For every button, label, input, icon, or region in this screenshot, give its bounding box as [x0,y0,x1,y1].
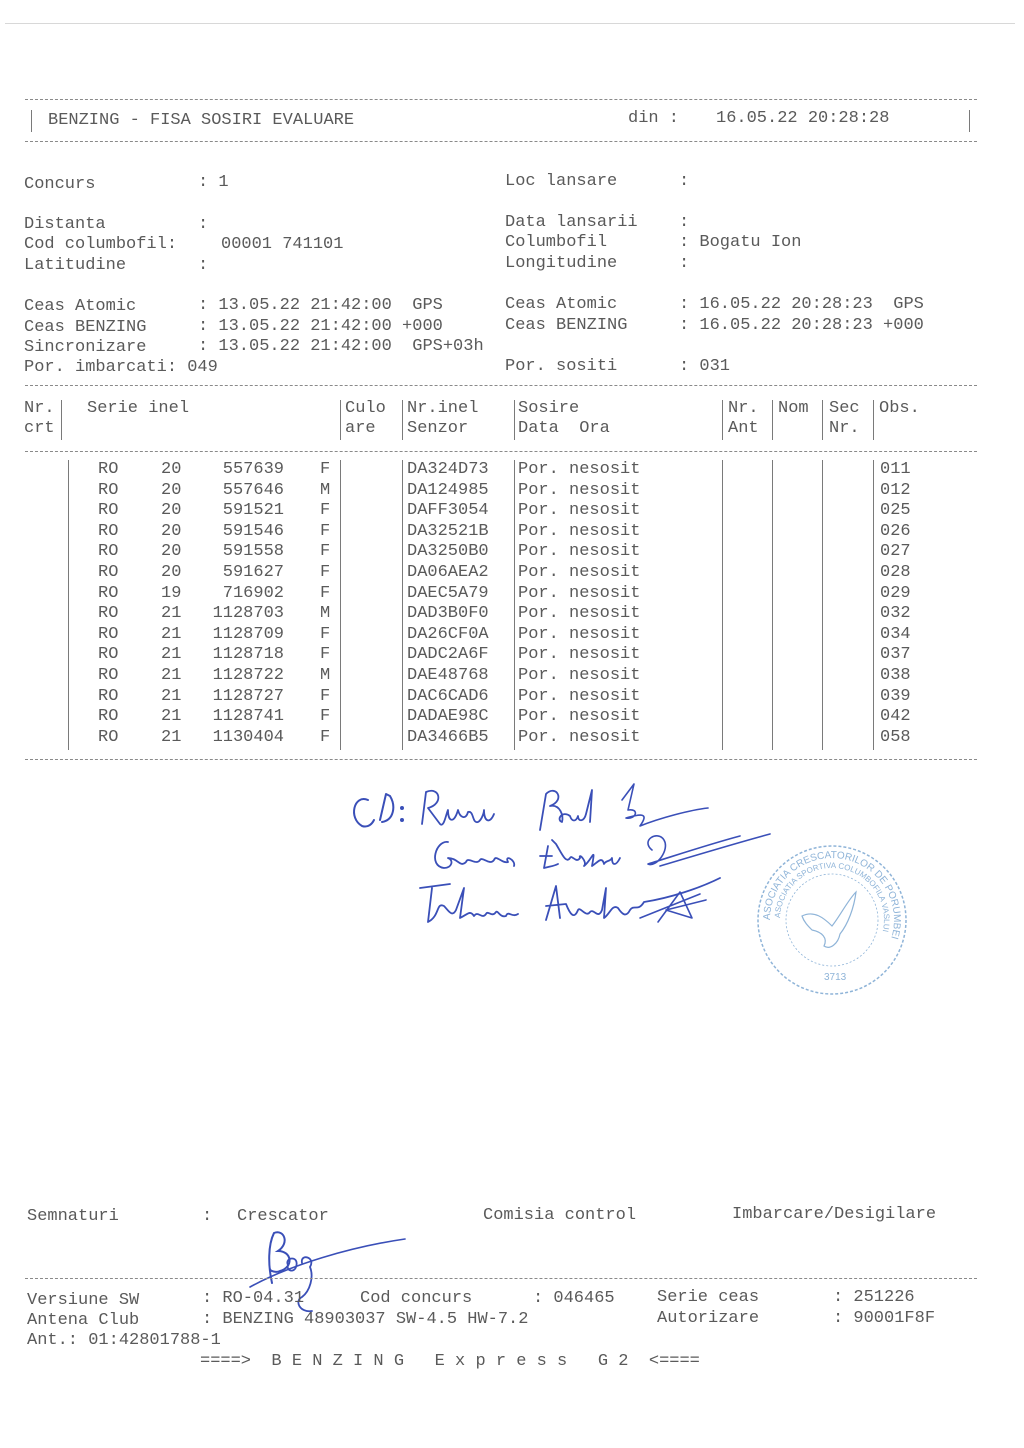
ring-year: 21 [161,728,181,748]
ring-country: RO [98,625,118,645]
table-header-divider [25,451,977,452]
ring-country: RO [98,563,118,583]
sensor-id: DA3250B0 [407,542,489,562]
header-right-border [969,110,970,132]
end-atomic-value: : 16.05.22 20:28:23 GPS [679,295,924,315]
sex: F [320,563,330,583]
ring-year: 21 [161,604,181,624]
obs-value: 032 [880,604,911,624]
sositi-label: Por. sositi [505,357,617,377]
autorizare-label: Autorizare [657,1309,759,1329]
antena-club-label: Antena Club [27,1311,139,1331]
signatures-label: Semnaturi [27,1207,119,1227]
ring-country: RO [98,522,118,542]
concurs-value: : 1 [198,173,229,193]
obs-value: 026 [880,522,911,542]
arrival-status: Por. nesosit [518,584,640,604]
sex: F [320,501,330,521]
serie-ceas-value: : 251226 [833,1288,915,1308]
sex: F [320,625,330,645]
arrival-status: Por. nesosit [518,687,640,707]
col-sosire-header: Sosire Data Ora [518,399,610,439]
end-benzing-value: : 16.05.22 20:28:23 +000 [679,316,924,336]
ring-number: 716902 [223,584,284,604]
sensor-id: DA26CF0A [407,625,489,645]
table-row: RO20591558FDA3250B0Por. nesosit027 [0,542,1024,563]
ring-year: 21 [161,666,181,686]
ring-year: 21 [161,625,181,645]
report-date-label: din : [628,109,679,129]
concurs-label: Concurs [24,175,95,195]
ring-number: 1128709 [213,625,284,645]
report-title: BENZING - FISA SOSIRI EVALUARE [48,111,354,131]
ring-number: 557639 [223,460,284,480]
header-divider [514,400,515,440]
table-row: RO20591521FDAFF3054Por. nesosit025 [0,501,1024,522]
header-divider [722,400,723,440]
obs-value: 025 [880,501,911,521]
ring-number: 1128741 [213,707,284,727]
versiune-sw-label: Versiune SW [27,1291,139,1311]
table-row: RO20557639FDA324D73Por. nesosit011 [0,460,1024,481]
start-benzing-label: Ceas BENZING [24,318,146,338]
ring-number: 1128727 [213,687,284,707]
ring-year: 20 [161,522,181,542]
ring-country: RO [98,460,118,480]
cod-columbofil-value: 00001 741101 [221,235,343,255]
longitudine-label: Longitudine [505,254,617,274]
brand-banner: ====> B E N Z I N G E x p r e s s G 2 <=… [200,1352,700,1372]
cod-concurs-label: Cod concurs [360,1289,472,1309]
ring-number: 1128722 [213,666,284,686]
col-senzor-header: Nr.inel Senzor [407,399,478,439]
obs-value: 058 [880,728,911,748]
sex: F [320,460,330,480]
obs-value: 034 [880,625,911,645]
obs-value: 042 [880,707,911,727]
header-divider [772,400,773,440]
sex: F [320,687,330,707]
start-atomic-value: : 13.05.22 21:42:00 GPS [198,296,443,316]
ring-year: 21 [161,645,181,665]
handwriting-graphic [340,770,760,950]
signature-comisia-label: Comisia control [483,1206,636,1226]
header-divider [822,400,823,440]
signatures-colon: : [202,1207,212,1227]
arrival-status: Por. nesosit [518,666,640,686]
ring-country: RO [98,728,118,748]
ring-country: RO [98,707,118,727]
distanta-label: Distanta [24,215,106,235]
cod-columbofil-label: Cod columbofil: [24,235,177,255]
ring-year: 21 [161,687,181,707]
sex: F [320,542,330,562]
data-lansarii-value: : [679,213,699,233]
arrival-status: Por. nesosit [518,625,640,645]
table-bottom-divider [25,759,977,760]
table-row: RO20591627FDA06AEA2Por. nesosit028 [0,563,1024,584]
sensor-id: DA06AEA2 [407,563,489,583]
sex: F [320,645,330,665]
versiune-sw-value: : RO-04.31 [202,1289,304,1309]
ring-country: RO [98,645,118,665]
ring-country: RO [98,584,118,604]
stamp-graphic: ASOCIATIA CRESCATORILOR DE PORUMBEI ASOC… [752,840,912,1000]
sensor-id: DAC6CAD6 [407,687,489,707]
sensor-id: DA3466B5 [407,728,489,748]
header-divider [873,400,874,440]
sync-label: Sincronizare [24,338,146,358]
arrival-status: Por. nesosit [518,481,640,501]
header-divider [61,400,62,440]
ring-year: 20 [161,563,181,583]
arrival-status: Por. nesosit [518,645,640,665]
longitudine-value: : [679,254,699,274]
sositi-value: : 031 [679,357,730,377]
header-divider [402,400,403,440]
antenna-id: Ant.: 01:42801788-1 [27,1331,221,1351]
commission-handwritten-names [340,770,760,956]
col-nr-ant-header: Nr. Ant [728,399,759,439]
signature-crescator-label: Crescator [237,1207,329,1227]
sensor-id: DADAE98C [407,707,489,727]
ring-year: 19 [161,584,181,604]
sex: F [320,584,330,604]
obs-value: 039 [880,687,911,707]
ring-number: 591521 [223,501,284,521]
arrival-status: Por. nesosit [518,542,640,562]
table-row: RO211128741FDADAE98CPor. nesosit042 [0,707,1024,728]
end-benzing-label: Ceas BENZING [505,316,627,336]
col-sec-nr-header: Sec Nr. [829,399,860,439]
table-row: RO19716902FDAEC5A79Por. nesosit029 [0,584,1024,605]
sex: M [320,481,330,501]
arrival-status: Por. nesosit [518,460,640,480]
arrival-status: Por. nesosit [518,707,640,727]
arrival-status: Por. nesosit [518,501,640,521]
col-culoare-header: Culo are [345,399,386,439]
loc-lansare-value: : [679,172,699,192]
col-serie-inel-header: Serie inel [87,399,189,419]
ring-year: 20 [161,481,181,501]
end-atomic-label: Ceas Atomic [505,295,617,315]
start-atomic-label: Ceas Atomic [24,297,136,317]
arrival-status: Por. nesosit [518,728,640,748]
table-row: RO211128703MDAD3B0F0Por. nesosit032 [0,604,1024,625]
autorizare-value: : 90001F8F [833,1309,935,1329]
ring-number: 1128703 [213,604,284,624]
data-lansarii-label: Data lansarii [505,213,638,233]
table-row: RO211128727FDAC6CAD6Por. nesosit039 [0,687,1024,708]
report-date-value: 16.05.22 20:28:28 [716,109,889,129]
ring-year: 20 [161,460,181,480]
footer-divider [25,1278,977,1279]
obs-value: 011 [880,460,911,480]
antena-club-value: : BENZING 48903037 SW-4.5 HW-7.2 [202,1310,528,1330]
table-row: RO20557646MDA124985Por. nesosit012 [0,481,1024,502]
ring-number: 1130404 [213,728,284,748]
ring-country: RO [98,542,118,562]
sensor-id: DADC2A6F [407,645,489,665]
ring-country: RO [98,604,118,624]
ring-country: RO [98,666,118,686]
cod-concurs-value: : 046465 [533,1289,615,1309]
col-obs-header: Obs. [879,399,920,419]
sex: F [320,728,330,748]
ring-year: 20 [161,501,181,521]
sensor-id: DA124985 [407,481,489,501]
ring-country: RO [98,501,118,521]
col-nom-header: Nom [778,399,809,419]
arrival-status: Por. nesosit [518,604,640,624]
sync-value: : 13.05.22 21:42:00 GPS+03h [198,337,484,357]
page-top-edge [5,23,1015,24]
loc-lansare-label: Loc lansare [505,172,617,192]
table-row: RO211128722MDAE48768Por. nesosit038 [0,666,1024,687]
latitudine-label: Latitudine [24,256,126,276]
sex: M [320,666,330,686]
stamp-number: 3713 [824,972,847,983]
sensor-id: DA324D73 [407,460,489,480]
sensor-id: DAEC5A79 [407,584,489,604]
signature-imbarcare-label: Imbarcare/Desigilare [732,1205,936,1225]
ring-number: 591627 [223,563,284,583]
arrival-status: Por. nesosit [518,522,640,542]
association-stamp: ASOCIATIA CRESCATORILOR DE PORUMBEI ASOC… [752,840,912,1006]
sensor-id: DAE48768 [407,666,489,686]
sex: F [320,707,330,727]
obs-value: 028 [880,563,911,583]
sex: M [320,604,330,624]
serie-ceas-label: Serie ceas [657,1288,759,1308]
arrival-status: Por. nesosit [518,563,640,583]
table-top-divider [25,385,977,386]
sensor-id: DAD3B0F0 [407,604,489,624]
dove-icon [802,892,856,947]
obs-value: 029 [880,584,911,604]
header-left-border [31,110,32,132]
header-top-divider [25,99,977,100]
obs-value: 038 [880,666,911,686]
table-row: RO211130404FDA3466B5Por. nesosit058 [0,728,1024,749]
ring-number: 1128718 [213,645,284,665]
header-divider [340,400,341,440]
obs-value: 012 [880,481,911,501]
ring-number: 591546 [223,522,284,542]
start-benzing-value: : 13.05.22 21:42:00 +000 [198,317,443,337]
ring-number: 557646 [223,481,284,501]
col-nr-crt-header: Nr. crt [24,399,55,439]
columbofil-value: : Bogatu Ion [679,233,801,253]
distanta-value: : [198,215,218,235]
sensor-id: DAFF3054 [407,501,489,521]
sex: F [320,522,330,542]
table-row: RO211128718FDADC2A6FPor. nesosit037 [0,645,1024,666]
ring-year: 20 [161,542,181,562]
table-row: RO20591546FDA32521BPor. nesosit026 [0,522,1024,543]
columbofil-label: Columbofil [505,233,607,253]
imbarcati-label: Por. imbarcati: 049 [24,358,218,378]
obs-value: 027 [880,542,911,562]
ring-country: RO [98,687,118,707]
ring-year: 21 [161,707,181,727]
ring-number: 591558 [223,542,284,562]
table-row: RO211128709FDA26CF0APor. nesosit034 [0,625,1024,646]
sensor-id: DA32521B [407,522,489,542]
obs-value: 037 [880,645,911,665]
header-bottom-divider [25,141,977,142]
latitudine-value: : [198,256,218,276]
ring-country: RO [98,481,118,501]
